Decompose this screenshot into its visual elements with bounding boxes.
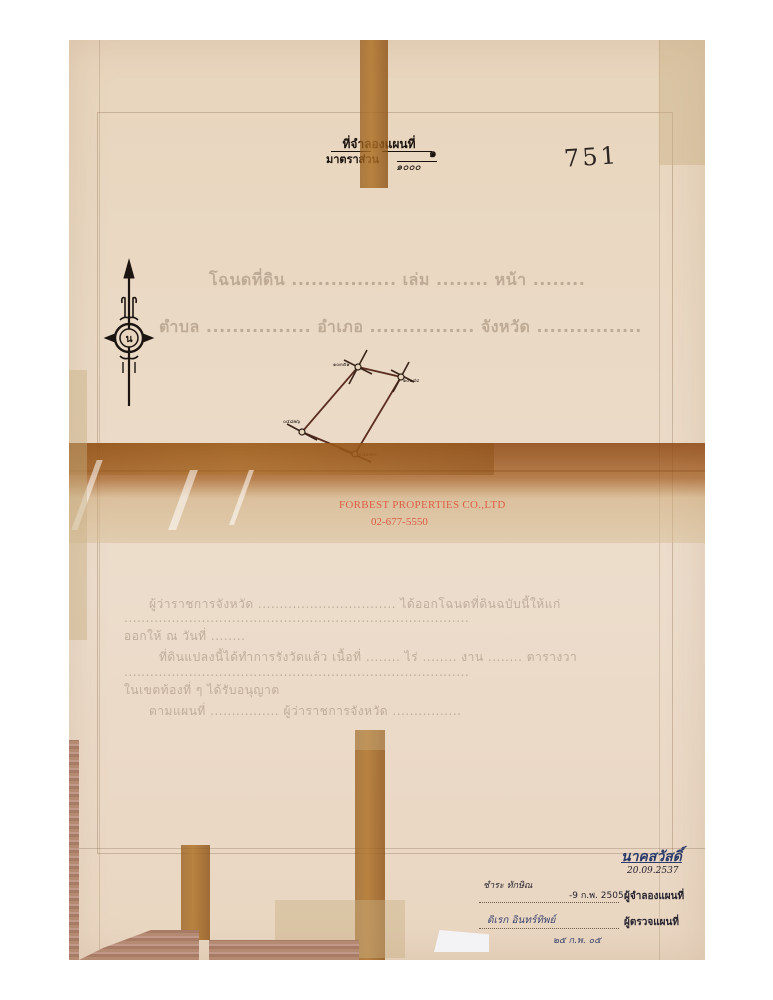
verifier-signature: นาคสวัสดิ์ — [621, 846, 682, 868]
signature-line — [479, 928, 619, 929]
role-drafter-label: ผู้จำลองแผนที่ — [624, 889, 684, 904]
date-stamp: -9 ก.พ. 2505 — [569, 888, 624, 902]
table-surface — [79, 930, 199, 960]
role-checker-label: ผู้ตรวจแผนที่ — [624, 915, 679, 930]
handwritten-number: 751 — [563, 141, 620, 173]
adhesive-tape — [659, 40, 705, 165]
adhesive-tape — [181, 845, 210, 940]
signature-line — [479, 902, 619, 903]
corner-mark: ๐๔๘๒๖ — [283, 419, 300, 425]
surveyor-note: ชำระ ทักษิณ — [483, 878, 532, 892]
corner-mark: ๑๐๒๔๘ — [403, 378, 419, 384]
surveyor-date: ๒๕ ก.พ. ๐๕ — [553, 933, 601, 947]
table-surface — [69, 740, 79, 960]
faded-header-line: โฉนดที่ดิน ................ เล่ม .......… — [209, 268, 585, 293]
adhesive-tape — [69, 443, 494, 475]
faded-body-line: ในเขตท้องที่ ๆ ได้รับอนุญาต — [124, 681, 280, 700]
faded-body-line: ........................................… — [124, 611, 469, 625]
verifier-date: 20.09.2537 — [627, 866, 679, 876]
north-arrow-compass-icon: น — [103, 258, 155, 408]
heading-underline — [382, 151, 432, 152]
land-title-document: มาตราส่วน ที่จำลองแผนที่ ๑ ๑๐๐๐ 751 โฉนด… — [69, 40, 705, 960]
adhesive-tape — [69, 370, 87, 640]
adhesive-tape — [355, 730, 385, 750]
table-surface — [209, 940, 359, 960]
torn-paper-patch — [434, 930, 489, 952]
fold-crease — [69, 848, 705, 849]
adhesive-tape — [360, 40, 388, 188]
faded-body-line: ออกให้ ณ วันที่ ........ — [124, 627, 245, 646]
svg-text:น: น — [126, 334, 133, 345]
corner-mark: ๑๐๓๕๑ — [333, 362, 350, 368]
watermark-company: FORBEST PROPERTIES CO.,LTD — [339, 499, 506, 511]
faded-body-line: ตามแผนที่ ................ ผู้ว่าราชการจ… — [149, 702, 461, 721]
watermark-phone: 02-677-5550 — [371, 516, 428, 528]
faded-body-line: ........................................… — [124, 665, 469, 679]
surveyor-signature: ดิเรก อินทร์ทิพย์ — [487, 913, 555, 928]
scale-denominator: ๑๐๐๐ — [396, 160, 421, 175]
